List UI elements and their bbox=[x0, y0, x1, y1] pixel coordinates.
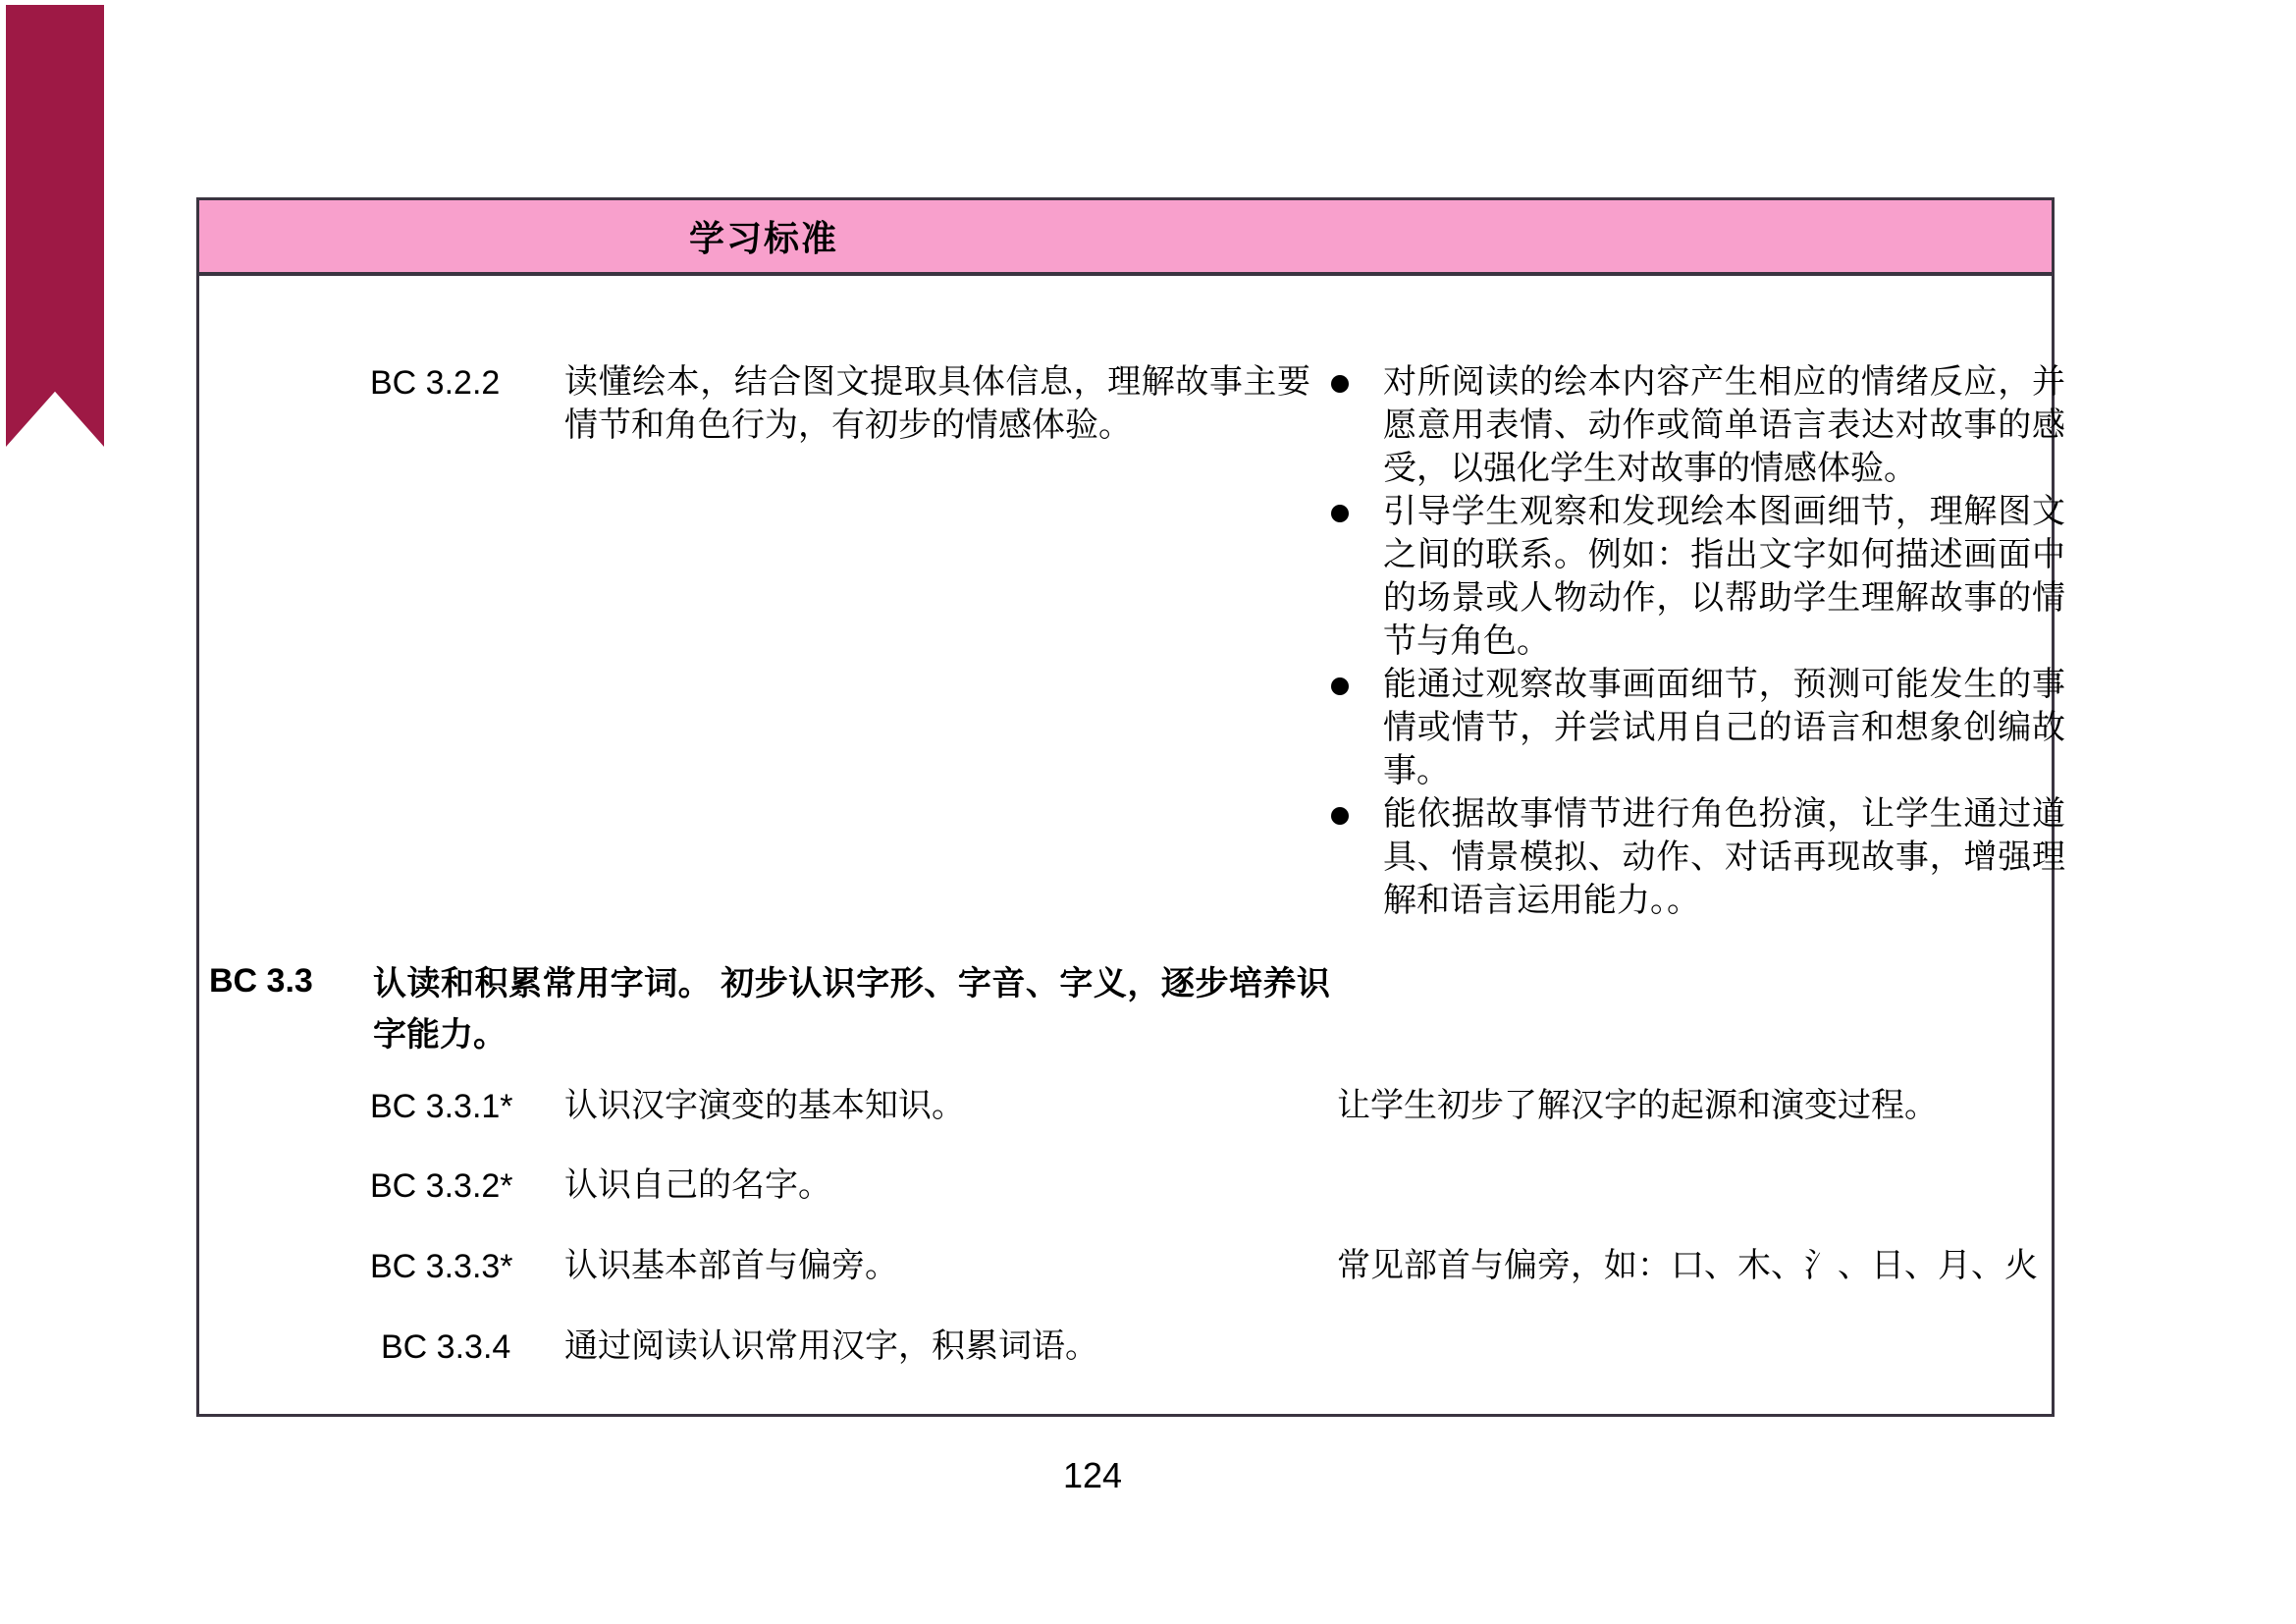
suggestions-list: 对所阅读的绘本内容产生相应的情绪反应，并愿意用表情、动作或简单语言表达对故事的感… bbox=[1331, 361, 2077, 923]
suggestion-text: 对所阅读的绘本内容产生相应的情绪反应，并愿意用表情、动作或简单语言表达对故事的感… bbox=[1383, 361, 2065, 491]
suggestion-item: 能通过观察故事画面细节，预测可能发生的事情或情节，并尝试用自己的语言和想象创编故… bbox=[1331, 664, 2077, 793]
standard-text-bc-3-3-4: 通过阅读认识常用汉字，积累词语。 bbox=[564, 1326, 1098, 1369]
row-code-bc-3-3-2: BC 3.3.2* bbox=[370, 1164, 513, 1208]
standard-text-bc-3-3-3: 认识基本部首与偏旁。 bbox=[564, 1245, 898, 1288]
suggestion-text-bc-3-3-1: 让学生初步了解汉字的起源和演变过程。 bbox=[1337, 1085, 1938, 1128]
bullet-icon bbox=[1331, 677, 1349, 695]
bullet-icon bbox=[1331, 375, 1349, 393]
suggestion-text: 能通过观察故事画面细节，预测可能发生的事情或情节，并尝试用自己的语言和想象创编故… bbox=[1383, 664, 2065, 793]
page-number: 124 bbox=[1024, 1454, 1161, 1497]
standard-text-bc-3-3-1: 认识汉字演变的基本知识。 bbox=[564, 1085, 965, 1128]
bullet-icon bbox=[1331, 807, 1349, 825]
suggestion-item: 对所阅读的绘本内容产生相应的情绪反应，并愿意用表情、动作或简单语言表达对故事的感… bbox=[1331, 361, 2077, 491]
bookmark-ribbon-icon bbox=[6, 5, 104, 447]
standard-text-bc-3-3-2: 认识自己的名字。 bbox=[564, 1164, 831, 1208]
table-header-title: 学习标准 bbox=[199, 200, 1328, 272]
bullet-icon bbox=[1331, 505, 1349, 522]
row-code-bc-3-3: BC 3.3 bbox=[209, 959, 313, 1002]
table-header-row: 学习标准 bbox=[199, 200, 2052, 276]
row-code-bc-3-3-4: BC 3.3.4 bbox=[381, 1326, 510, 1369]
suggestion-text: 能依据故事情节进行角色扮演，让学生通过道具、情景模拟、动作、对话再现故事，增强理… bbox=[1383, 793, 2065, 923]
row-code-bc-3-3-3: BC 3.3.3* bbox=[370, 1245, 513, 1288]
row-code-bc-3-3-1: BC 3.3.1* bbox=[370, 1085, 513, 1128]
suggestion-item: 能依据故事情节进行角色扮演，让学生通过道具、情景模拟、动作、对话再现故事，增强理… bbox=[1331, 793, 2077, 923]
document-page: { "colors": { "header_bg": "#F8A0CC", "r… bbox=[0, 0, 2296, 1624]
standard-text-bc-3-2-2: 读懂绘本，结合图文提取具体信息，理解故事主要情节和角色行为，有初步的情感体验。 bbox=[564, 361, 1310, 448]
row-code-bc-3-2-2: BC 3.2.2 bbox=[370, 361, 500, 405]
suggestion-text: 引导学生观察和发现绘本图画细节，理解图文之间的联系。例如：指出文字如何描述画面中… bbox=[1383, 491, 2065, 664]
suggestion-text-bc-3-3-3: 常见部首与偏旁，如：口、木、氵、日、月、火 bbox=[1337, 1245, 2038, 1288]
standards-table: 学习标准 BC 3.2.2 读懂绘本，结合图文提取具体信息，理解故事主要情节和角… bbox=[196, 197, 2055, 1417]
standard-text-bc-3-3: 认读和积累常用字词。 初步认识字形、字音、字义，逐步培养识字能力。 bbox=[373, 959, 1330, 1061]
suggestion-item: 引导学生观察和发现绘本图画细节，理解图文之间的联系。例如：指出文字如何描述画面中… bbox=[1331, 491, 2077, 664]
